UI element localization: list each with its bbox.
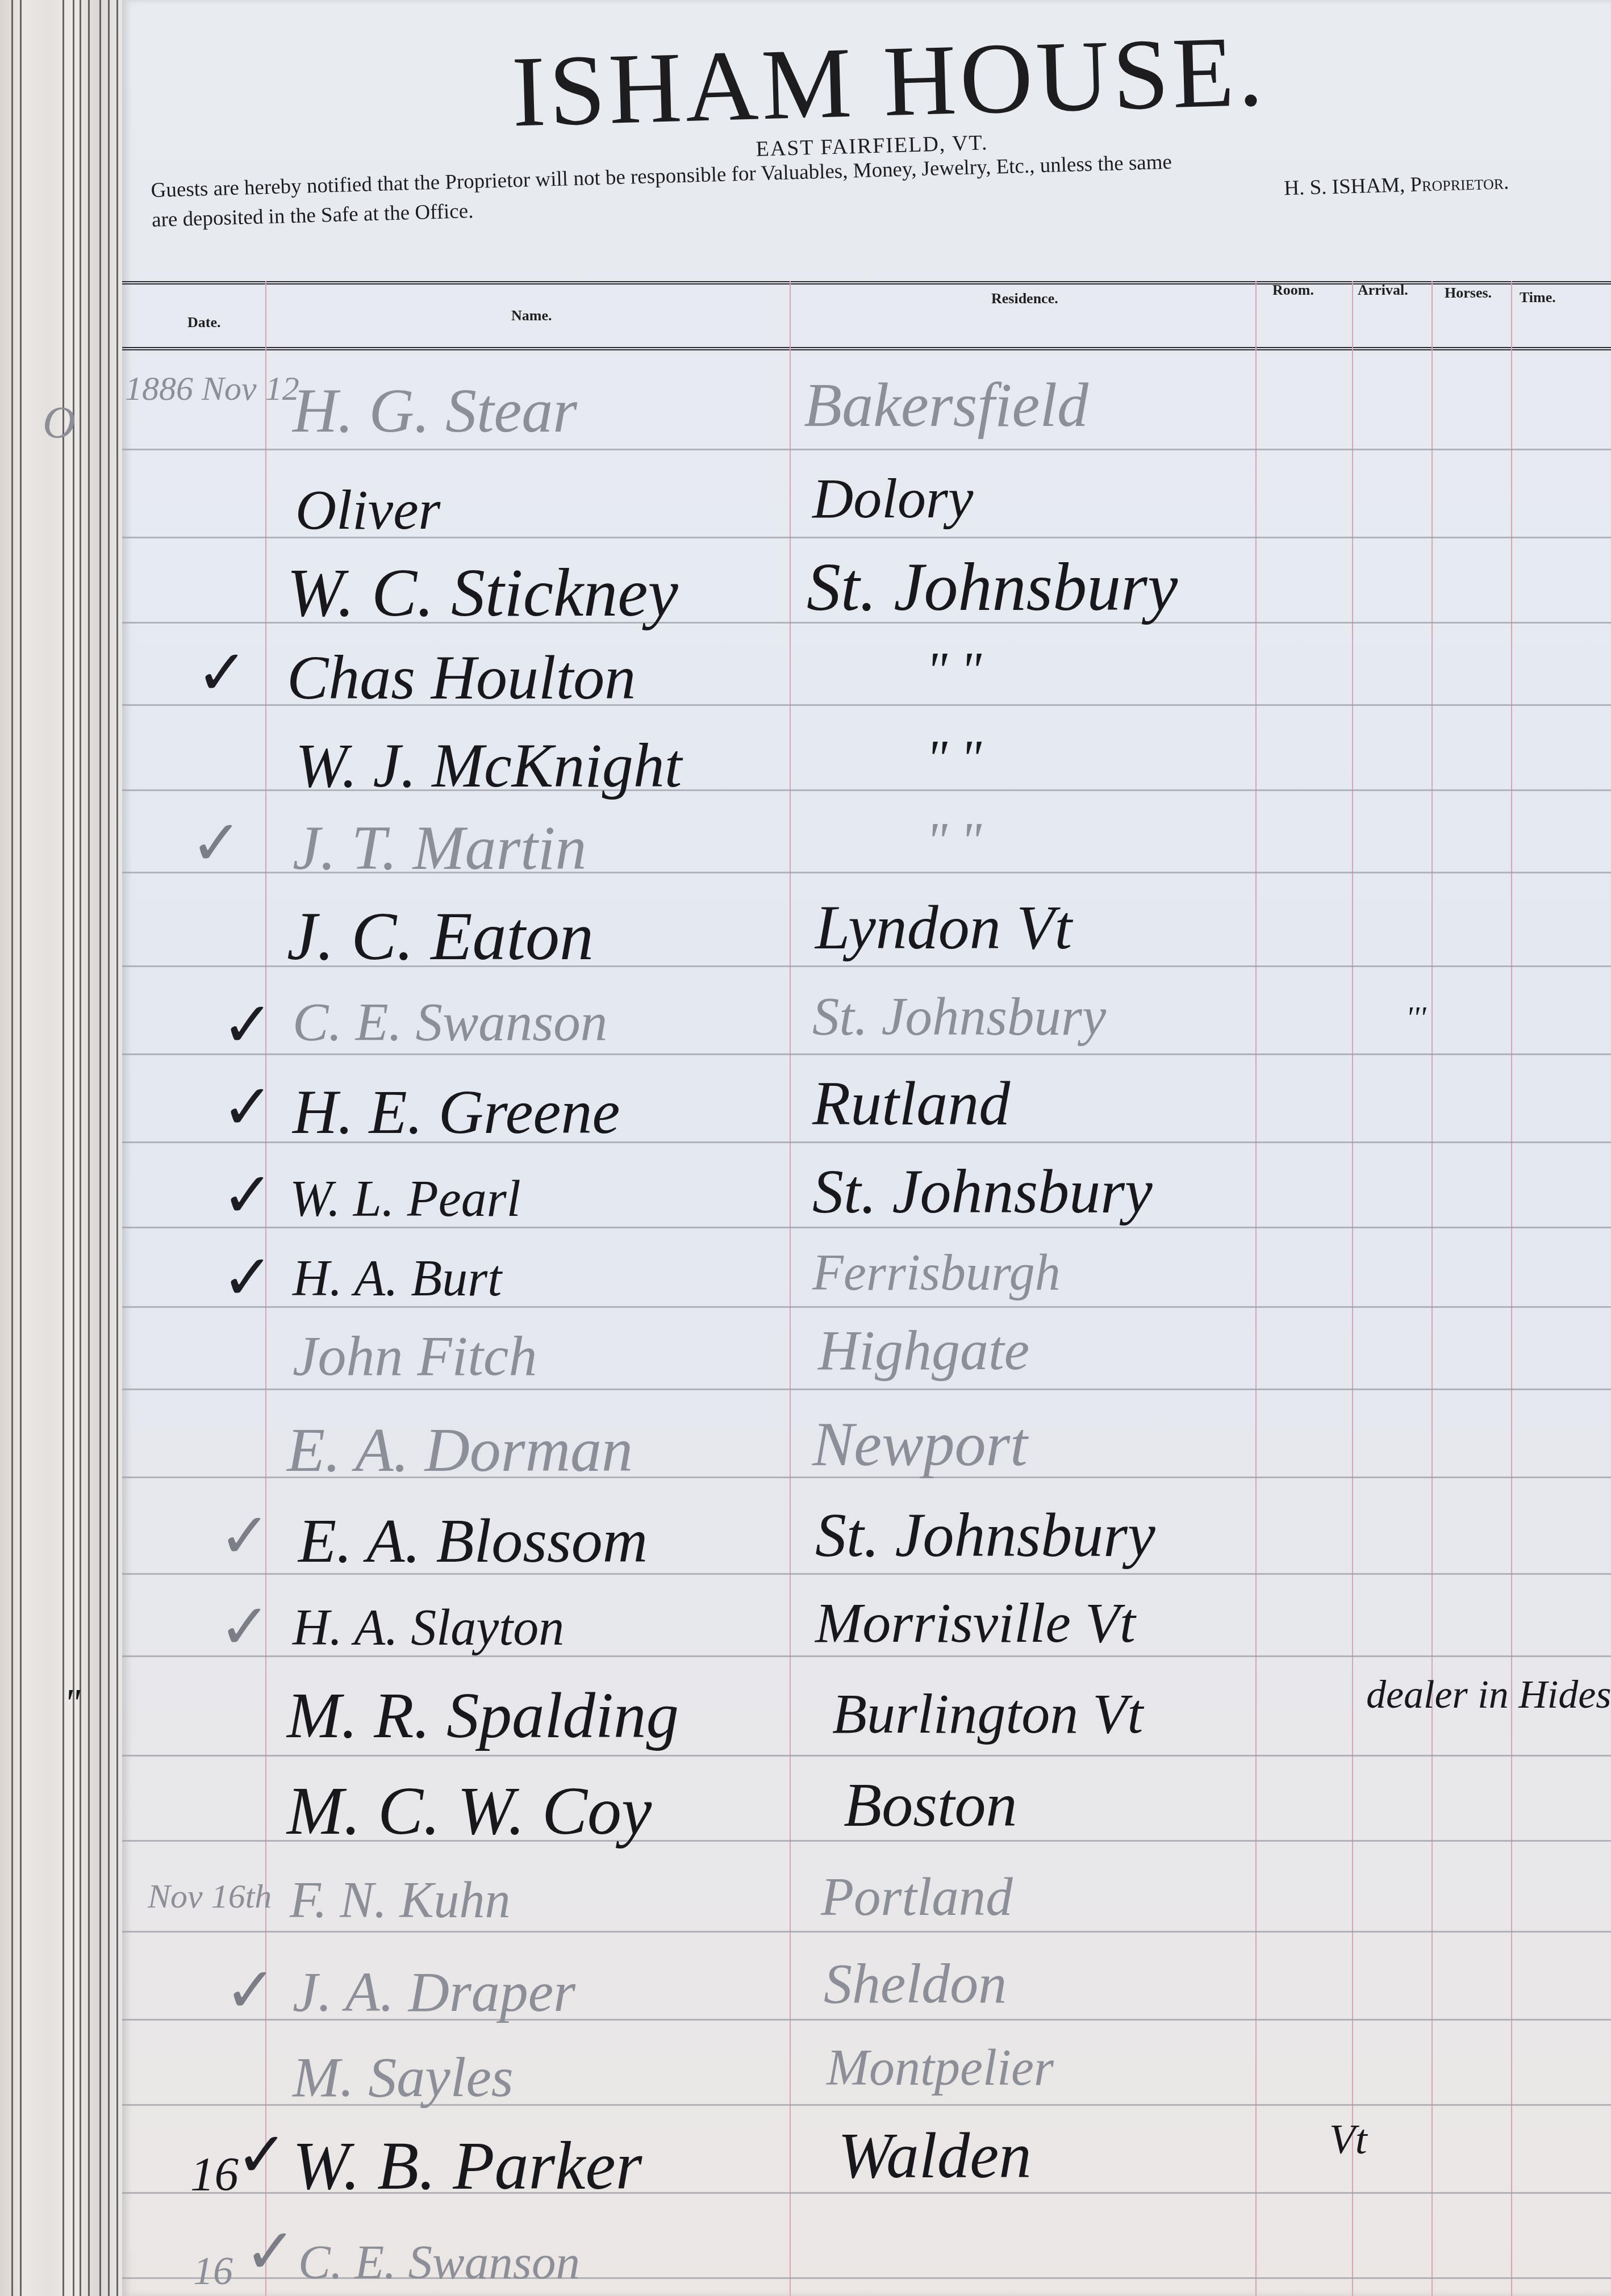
column-horses: Horses.	[1445, 285, 1492, 302]
column-date: Date.	[187, 314, 220, 331]
column-room: Room.	[1272, 282, 1314, 299]
entry-residence: Morrisville Vt	[815, 1590, 1136, 1655]
rule-horses-time	[1511, 281, 1512, 2296]
entry-name: Oliver	[295, 477, 440, 542]
entry-date: 1886 Nov 12	[125, 369, 299, 408]
checkmark-icon: ✓	[219, 1499, 271, 1572]
entry-residence: St. Johnsbury	[815, 1499, 1155, 1571]
book-page-stack: O "	[0, 0, 122, 2296]
entry-name: W. C. Stickney	[287, 554, 678, 632]
entry-date: Nov 16th	[148, 1877, 272, 1916]
checkmark-icon: ✓	[222, 1070, 274, 1143]
entry-residence: Montpelier	[827, 2039, 1054, 2097]
rule-arrival-horses	[1431, 281, 1433, 2296]
entry-residence: Sheldon	[824, 1951, 1007, 2016]
entry-residence: Highgate	[818, 1318, 1029, 1383]
entry-residence: Walden	[838, 2118, 1032, 2193]
entry-name: C. E. Swanson	[298, 2235, 580, 2290]
entry-note: dealer in Hides	[1366, 1672, 1611, 1718]
entry-name: W. B. Parker	[293, 2127, 642, 2205]
entry-residence: St. Johnsbury	[807, 548, 1178, 626]
entry-residence: St. Johnsbury	[812, 985, 1106, 1048]
entry-room: '''	[1406, 999, 1426, 1035]
entry-residence: " "	[926, 812, 982, 871]
entry-residence: Burlington Vt	[832, 1681, 1143, 1746]
checkmark-icon: ✓	[222, 1241, 274, 1314]
checkmark-icon: ✓	[222, 988, 274, 1061]
checkmark-icon: ✓	[190, 806, 243, 879]
entry-residence: Bakersfield	[804, 369, 1088, 441]
register-page: ISHAM HOUSE. EAST FAIRFIELD, VT. Guests …	[122, 0, 1611, 2296]
entry-residence: Lyndon Vt	[815, 892, 1072, 964]
entry-name: E. A. Dorman	[287, 1414, 633, 1486]
entry-name: W. L. Pearl	[290, 1170, 521, 1228]
entry-name: H. E. Greene	[293, 1076, 620, 1148]
margin-mark-ditto: "	[64, 1681, 80, 1726]
entry-name: H. A. Slayton	[293, 1599, 564, 1657]
entry-name: C. E. Swanson	[293, 991, 607, 1053]
column-name: Name.	[511, 307, 552, 324]
entry-name: W. J. McKnight	[295, 730, 682, 802]
entry-residence: " "	[926, 730, 982, 788]
entry-name: M. R. Spalding	[287, 1678, 679, 1753]
entry-name: John Fitch	[293, 1323, 537, 1389]
entry-date: 16	[193, 2249, 233, 2294]
entry-residence: Portland	[821, 1866, 1013, 1928]
checkmark-icon: ✓	[196, 636, 248, 709]
entry-residence: St. Johnsbury	[812, 1156, 1153, 1228]
entry-room: Vt	[1329, 2115, 1367, 2164]
entry-name: E. A. Blossom	[298, 1505, 648, 1577]
table-header: Date. Name. Residence. Room. Arrival. Ho…	[122, 281, 1611, 350]
column-arrival: Arrival.	[1358, 282, 1408, 299]
column-residence: Residence.	[991, 290, 1058, 307]
rule-room-arrival	[1352, 281, 1353, 2296]
entry-name: M. C. W. Coy	[287, 1772, 652, 1850]
checkmark-icon: ✓	[224, 1954, 277, 2026]
entry-residence: " "	[926, 642, 982, 700]
entry-residence: Ferrisburgh	[812, 1244, 1061, 1302]
entry-name: H. A. Burt	[293, 1249, 502, 1308]
checkmark-icon: ✓	[222, 1159, 274, 1231]
entry-name: J. A. Draper	[293, 1959, 575, 2025]
margin-mark-top: O	[43, 398, 76, 449]
entry-residence: Rutland	[812, 1068, 1010, 1140]
checkmark-icon: ✓	[219, 1590, 271, 1663]
entry-date: 16	[190, 2147, 239, 2202]
proprietor-signature: H. S. ISHAM, Proprietor.	[1284, 168, 1509, 203]
entry-residence: Newport	[812, 1408, 1028, 1481]
entry-name: J. C. Eaton	[287, 897, 594, 976]
entry-name: H. G. Stear	[293, 375, 577, 447]
checkmark-icon: ✓	[236, 2118, 288, 2191]
checkmark-icon: ✓	[244, 2215, 297, 2287]
entry-residence: Dolory	[812, 466, 973, 531]
entry-name: Chas Houlton	[287, 642, 636, 714]
entry-name: F. N. Kuhn	[290, 1871, 510, 1930]
column-time: Time.	[1520, 289, 1556, 306]
entry-residence: Boston	[844, 1769, 1017, 1841]
rule-name-residence	[790, 281, 791, 2296]
entry-name: J. T. Martin	[293, 812, 586, 884]
entry-name: M. Sayles	[293, 2044, 514, 2110]
rule-residence-room	[1255, 281, 1257, 2296]
hotel-title: ISHAM HOUSE.	[461, 11, 1316, 152]
